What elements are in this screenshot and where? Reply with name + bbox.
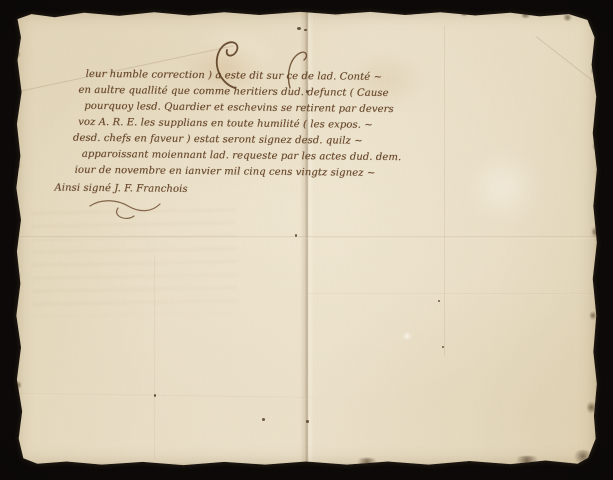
- ink-speck: [304, 29, 307, 31]
- vertical-crease-right-page: [444, 26, 445, 356]
- edge-burn-mark: [459, 11, 469, 16]
- pale-stain-right-middle: [464, 148, 542, 226]
- edge-burn-mark: [332, 9, 344, 15]
- edge-burn-mark: [14, 50, 20, 59]
- edge-burn-mark: [592, 225, 599, 239]
- ink-speck: [154, 394, 156, 397]
- edge-burn-mark: [593, 140, 599, 152]
- edge-burn-mark: [587, 400, 596, 415]
- vertical-crease-left-page: [154, 255, 155, 460]
- edge-burn-mark: [572, 450, 594, 463]
- signature-paraph-icon: [88, 196, 162, 224]
- edge-burn-mark: [587, 19, 600, 28]
- edge-burn-mark: [512, 456, 542, 465]
- horizontal-crease-bottom-left: [14, 393, 314, 399]
- scanned-manuscript-sheet: leur humble correction ) a este dit sur …: [14, 10, 598, 466]
- edge-burn-mark: [16, 380, 21, 390]
- manuscript-line: iour de novembre en ianvier mil cinq cen…: [72, 163, 328, 182]
- edge-burn-mark: [519, 12, 532, 18]
- ink-speck: [295, 234, 297, 237]
- white-fleck: [403, 332, 411, 340]
- ink-speck: [306, 420, 309, 423]
- edge-burn-mark: [590, 310, 596, 321]
- tall-ink-flourish-icon: [205, 38, 245, 90]
- ascender-flourish-icon: [284, 50, 310, 90]
- ink-speck: [442, 346, 444, 348]
- edge-burn-mark: [15, 160, 20, 171]
- edge-burn-mark: [354, 458, 380, 466]
- scanner-background: leur humble correction ) a este dit sur …: [0, 0, 613, 480]
- horizontal-crease-right: [306, 293, 596, 295]
- horizontal-crease-middle: [14, 236, 598, 239]
- edge-burn-mark: [14, 270, 20, 282]
- diagonal-crease-top-right-corner: [536, 36, 600, 86]
- ink-speck: [262, 418, 265, 421]
- edge-burn-mark: [562, 14, 573, 21]
- edge-burn-mark: [591, 65, 598, 76]
- verso-text-showthrough: [31, 208, 238, 317]
- ink-speck: [297, 27, 301, 30]
- paper-sheet: leur humble correction ) a este dit sur …: [14, 10, 598, 466]
- edge-burn-mark: [406, 10, 415, 15]
- ink-speck: [438, 300, 440, 302]
